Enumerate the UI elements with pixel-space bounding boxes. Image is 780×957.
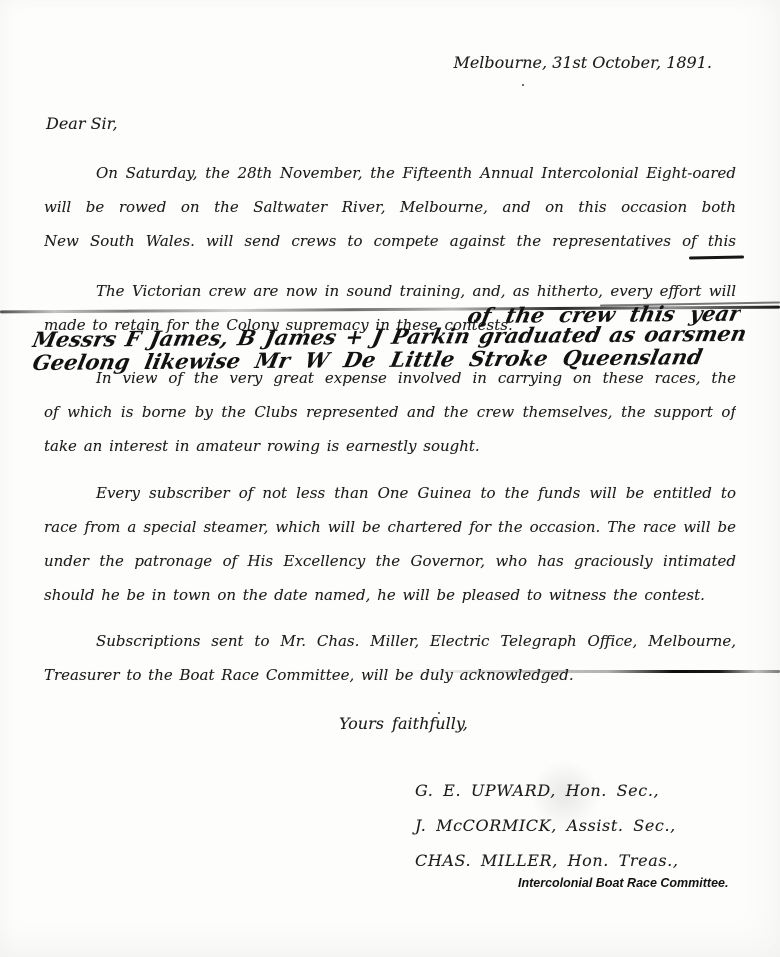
paragraph-1: On Saturday, the 28th November, the Fift… <box>44 156 736 258</box>
paragraph-line: of which is borne by the Clubs represent… <box>44 395 736 429</box>
paragraph-line: under the patronage of His Excellency th… <box>44 544 736 578</box>
paragraph-line: New South Wales. will send crews to comp… <box>44 224 736 258</box>
closing: Yours faithfully, <box>339 714 468 733</box>
signature-hon-sec: G. E. UPWARD, Hon. Sec., <box>415 773 679 808</box>
paper-speck <box>522 84 524 86</box>
paragraph-3: In view of the very great expense involv… <box>44 361 736 463</box>
signature-hon-treas: CHAS. MILLER, Hon. Treas., <box>415 843 679 878</box>
scanned-letter-page: Melbourne, 31st October, 1891. Dear Sir,… <box>0 0 780 957</box>
paragraph-line: Treasurer to the Boat Race Committee, wi… <box>44 658 736 692</box>
signature-assist-sec: J. McCORMICK, Assist. Sec., <box>415 808 679 843</box>
committee-name: Intercolonial Boat Race Committee. <box>518 876 728 890</box>
paper-crease-line <box>398 670 780 673</box>
salutation: Dear Sir, <box>46 114 118 133</box>
paragraph-line: should he be in town on the date named, … <box>44 578 736 612</box>
paragraph-line: race from a special steamer, which will … <box>44 510 736 544</box>
fold-mark-dash <box>689 256 744 259</box>
paragraph-line: In view of the very great expense involv… <box>44 361 736 395</box>
paragraph-4: Every subscriber of not less than One Gu… <box>44 476 736 612</box>
signature-block: G. E. UPWARD, Hon. Sec., J. McCORMICK, A… <box>415 773 679 878</box>
paragraph-line: Every subscriber of not less than One Gu… <box>44 476 736 510</box>
paragraph-line: On Saturday, the 28th November, the Fift… <box>44 156 736 190</box>
paragraph-line: Subscriptions sent to Mr. Chas. Miller, … <box>44 624 736 658</box>
paragraph-line: take an interest in amateur rowing is ea… <box>44 429 736 463</box>
paragraph-5: Subscriptions sent to Mr. Chas. Miller, … <box>44 624 736 692</box>
paragraph-line: will be rowed on the Saltwater River, Me… <box>44 190 736 224</box>
dateline: Melbourne, 31st October, 1891. <box>453 53 712 72</box>
